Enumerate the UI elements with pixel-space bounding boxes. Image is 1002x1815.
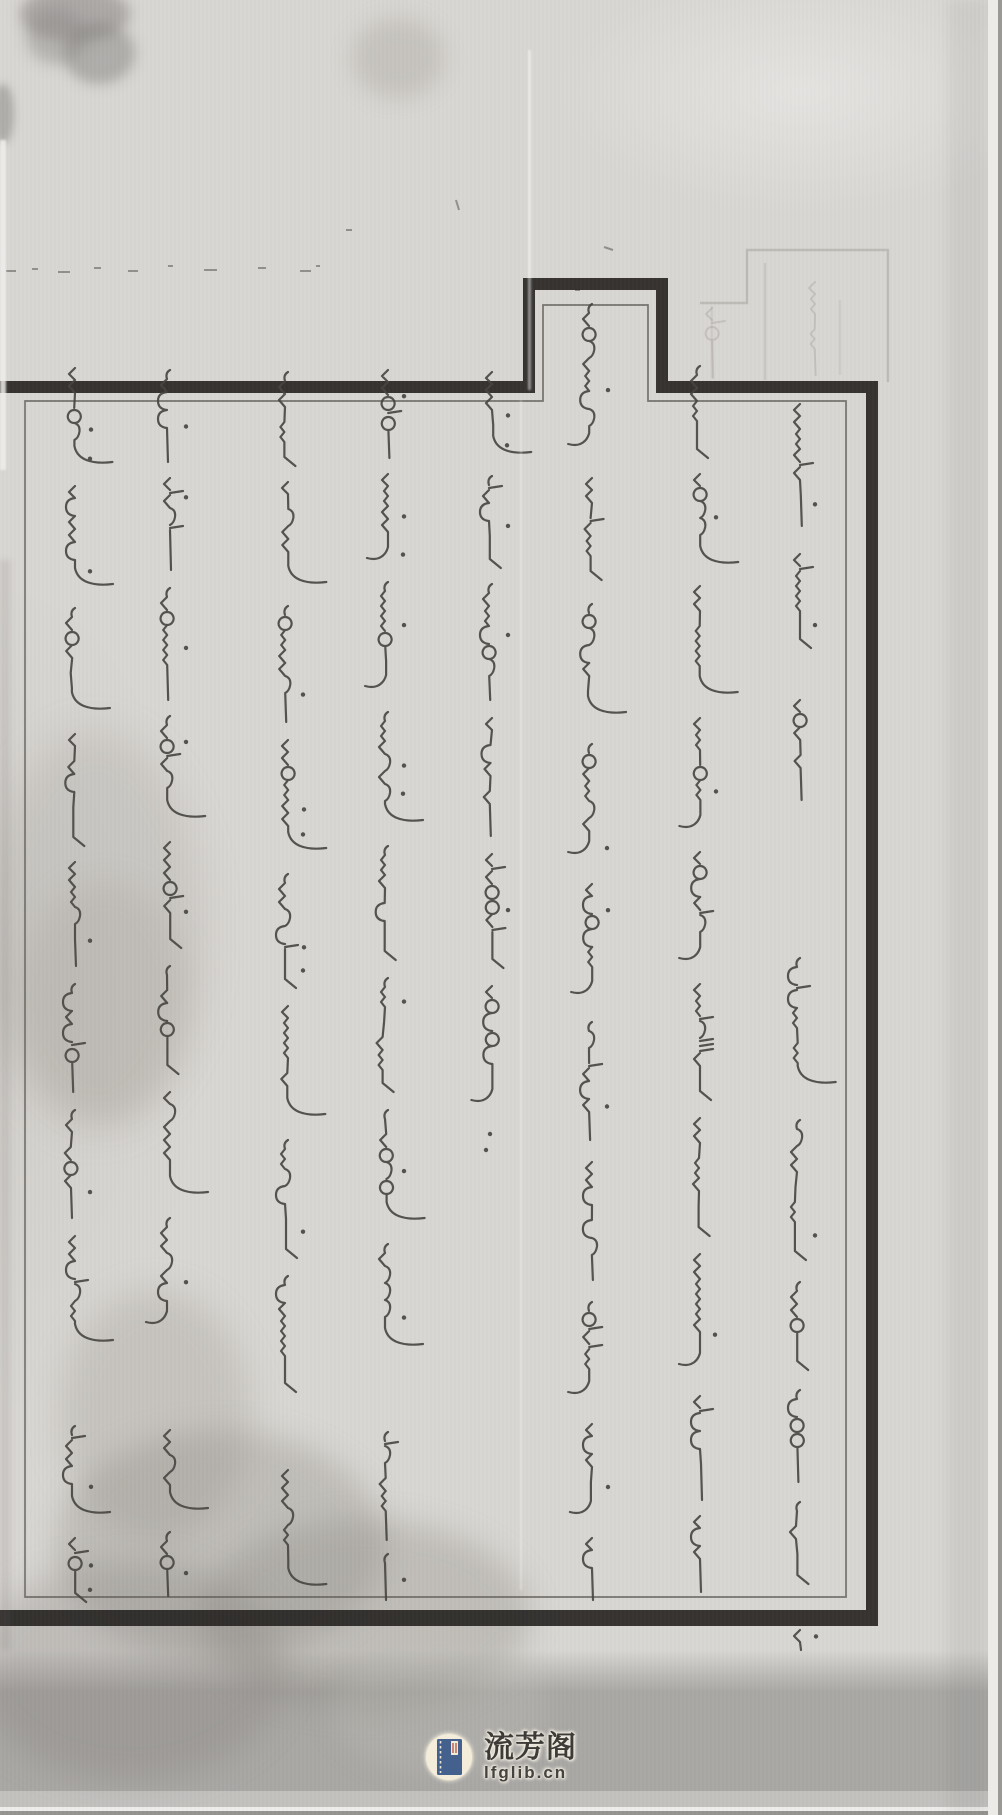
- script-dot: [506, 524, 510, 528]
- script-dot: [813, 502, 817, 506]
- script-dot: [506, 633, 510, 637]
- manuscript-artwork: [0, 0, 1002, 1815]
- watermark-site-url: lfglib.cn: [484, 1764, 577, 1781]
- script-column-8: [788, 404, 836, 1650]
- script-dot: [184, 1571, 188, 1575]
- script-column-3: [276, 372, 326, 1585]
- script-dot: [488, 1132, 492, 1136]
- frame-border-thick: [0, 278, 878, 1626]
- ghost-showthrough: [700, 250, 888, 382]
- script-dot: [88, 939, 92, 943]
- script-column-header: [568, 304, 626, 1600]
- script-dot: [184, 424, 188, 428]
- script-dot: [302, 945, 306, 949]
- script-dot: [402, 514, 406, 518]
- page-edge-highlight: [988, 0, 998, 1815]
- script-dot: [402, 623, 406, 627]
- script-column-5: [471, 372, 531, 1152]
- script-dot: [484, 1148, 488, 1152]
- script-dot: [88, 1588, 92, 1592]
- script-dot: [506, 413, 510, 417]
- book-icon: [425, 1733, 473, 1781]
- script-column-2: [146, 370, 208, 1596]
- scan-edge-line: [998, 0, 1002, 1815]
- manuscript-text: [63, 304, 836, 1650]
- ghost-column: [706, 308, 725, 378]
- top-margin-speckles: [6, 200, 613, 290]
- script-dot: [88, 1190, 92, 1194]
- scanned-manuscript-page: 流芳阁 lfglib.cn: [0, 0, 1002, 1815]
- script-dot: [301, 1230, 305, 1234]
- watermark: 流芳阁 lfglib.cn: [425, 1731, 577, 1783]
- script-dot: [401, 792, 405, 796]
- ghost-text: [706, 282, 816, 378]
- ghost-column: [809, 282, 816, 375]
- script-column-7: [679, 366, 738, 1592]
- script-dot: [606, 388, 610, 392]
- script-dot: [301, 832, 305, 836]
- script-column-1: [63, 368, 113, 1602]
- script-dot: [184, 495, 188, 499]
- script-dot: [402, 1315, 406, 1319]
- script-dot: [89, 1563, 93, 1567]
- frame-inner-rule: [25, 305, 846, 1597]
- paper-crease: [528, 50, 531, 390]
- script-dot: [88, 457, 92, 461]
- script-dot: [814, 1634, 818, 1638]
- left-edge-shadow: [0, 560, 10, 1650]
- script-dot: [713, 1333, 717, 1337]
- script-dot: [302, 807, 306, 811]
- script-dot: [184, 740, 188, 744]
- script-dot: [605, 1104, 609, 1108]
- script-dot: [714, 789, 718, 793]
- left-edge-highlight: [0, 140, 6, 470]
- script-dot: [605, 846, 609, 850]
- script-dot: [184, 910, 188, 914]
- script-dot: [813, 1233, 817, 1237]
- script-column-4: [365, 370, 425, 1600]
- page-edge-shadow: [948, 0, 988, 1815]
- script-dot: [89, 427, 93, 431]
- script-dot: [606, 1485, 610, 1489]
- script-dot: [301, 692, 305, 696]
- watermark-text: 流芳阁 lfglib.cn: [484, 1733, 577, 1781]
- script-dot: [506, 908, 510, 912]
- script-dot: [89, 1485, 93, 1489]
- script-dot: [184, 646, 188, 650]
- script-dot: [402, 763, 406, 767]
- script-dot: [401, 552, 405, 556]
- script-dot: [505, 443, 509, 447]
- script-dot: [88, 569, 92, 573]
- script-dot: [402, 394, 406, 398]
- script-dot: [402, 1578, 406, 1582]
- script-dot: [606, 908, 610, 912]
- watermark-site-name: 流芳阁: [484, 1733, 577, 1763]
- script-dot: [714, 515, 718, 519]
- script-dot: [813, 623, 817, 627]
- script-dot: [301, 968, 305, 972]
- script-dot: [402, 1169, 406, 1173]
- paper-crease: [520, 400, 522, 1590]
- script-dot: [402, 999, 406, 1003]
- script-dot: [184, 1280, 188, 1284]
